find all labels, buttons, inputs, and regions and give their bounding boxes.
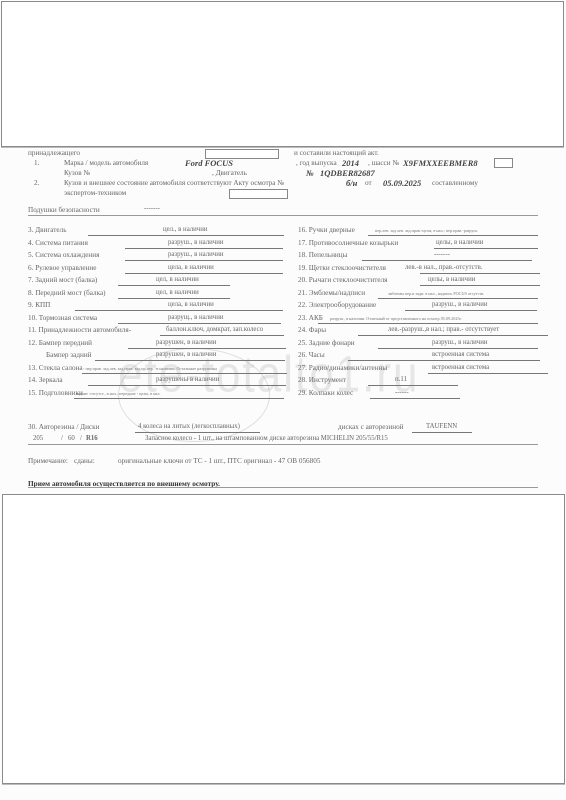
right_items-item-label: 27. Радио/динамики/антенны [298, 364, 387, 372]
right_items-item-underline [358, 335, 548, 336]
left_items-item-label: 6. Рулевое управление [28, 264, 96, 272]
right_items-item-underline [405, 310, 537, 311]
left_items-item-value: разрущ., в наличии [168, 314, 223, 321]
tire-size-sep2: / [80, 435, 82, 442]
left_items-item-value: - пер.прав. зад.лев. зад.прав. зад.пр.пе… [83, 366, 217, 371]
right_items-item-label: 26. Часы [298, 351, 325, 359]
left_items-item-value: разрушены в наличии [156, 376, 219, 383]
act-number-value: б/н [346, 178, 357, 188]
right_items-item-value: пер.лев. зад.лев. зад.прав.-целы, в нал.… [375, 228, 478, 233]
right_items-item-value: ------- [434, 251, 450, 258]
expert-label: экспертом-техником [64, 189, 126, 197]
right_items-item-underline [318, 323, 538, 324]
right_items-item-value: целы, в наличии [436, 239, 483, 246]
engine-no-label: № [306, 168, 314, 178]
right_items-item-label: 22. Электрооборудование [298, 301, 376, 309]
left_items-item-label: 15. Подголовники [28, 389, 83, 397]
right_items-item-underline [428, 373, 548, 374]
left_items-item-underline [88, 235, 284, 236]
left_items-item-value: разрушен, в наличии [156, 351, 216, 358]
right_items-item-value: эмблемы пер.и задн. в нал., надпись FOCU… [388, 291, 484, 296]
left_items-item-label: 3. Двигатель [28, 226, 66, 234]
watermark-text: ete-totalto1.ru [118, 347, 448, 428]
right_items-item-value: разруш., в наличии. Отличный от представ… [330, 316, 462, 321]
act-text: и составили настоящий акт. [294, 149, 379, 157]
right_items-item-label: 20. Рычаги стеклоочистителя [298, 276, 387, 284]
left_items-item-underline [125, 260, 283, 261]
tires-underline [28, 444, 538, 445]
left_items-item-value: разруш., в наличии [168, 239, 223, 246]
item-1-number: 1. [34, 159, 39, 167]
left_items-item-value: разруш., в наличии [168, 251, 223, 258]
discs-label: дисках с авторезиной [338, 423, 404, 431]
left_items-item-label: 4. Система питания [28, 239, 88, 247]
wheels-value: 4 колеса на литых (легкосплавных) [138, 423, 240, 430]
compiled-label: составленному [432, 179, 478, 187]
right_items-item-label: 18. Пепельницы [298, 251, 347, 259]
left_items-item-value: цел., в наличии [163, 226, 208, 233]
wheels-underline [135, 432, 260, 433]
item-2-text: Кузов и внешнее состояние автомобиля соо… [64, 179, 284, 187]
engine-label: , Двигатель [212, 169, 247, 177]
right_items-item-label: 17. Противосолнечные козырьки [298, 239, 398, 247]
make-model-value: Ford FOCUS [185, 158, 233, 168]
note-given-label: сданы: [74, 457, 95, 465]
right_items-item-value: ------ [395, 389, 409, 396]
left_items-item-value: цел, в наличии [156, 276, 199, 283]
right_items-item-underline [368, 385, 458, 386]
note-label: Примечание: [28, 457, 68, 465]
right_items-item-underline [378, 298, 538, 299]
right_items-item-value: разруш., в наличии [432, 301, 487, 308]
right_items-item-underline [370, 398, 460, 399]
right_items-item-value: целы, в наличии [428, 276, 475, 283]
left_items-item-underline [125, 273, 283, 274]
right_items-item-value: п.11 [395, 376, 407, 383]
left_items-item-label: 8. Передний мост (балка) [28, 289, 106, 297]
left_items-item-label: 5. Система охлаждения [28, 251, 99, 259]
year-value: 2014 [342, 158, 359, 168]
right_items-item-label: 25. Задние фонари [298, 339, 355, 347]
header-separator [28, 215, 538, 216]
footer-separator [28, 487, 538, 488]
left_items-item-underline [74, 398, 284, 399]
act-date-value: 05.09.2025 [383, 178, 421, 188]
left_items-item-underline [88, 385, 286, 386]
year-label: , год выпуска [296, 159, 337, 167]
right_items-item-underline [348, 360, 540, 361]
left_items-item-value: разрушен, в наличии [156, 339, 216, 346]
right_items-item-label: 21. Эмблемы/надписи [298, 289, 365, 297]
right_items-item-value: встроенная система [432, 364, 489, 371]
right_items-item-underline [362, 260, 532, 261]
left_items-item-value: цела, в наличии [168, 264, 214, 271]
item-1-label: Марка / модель автомобиля [64, 159, 148, 167]
airbags-label: Подушки безопасности [28, 206, 100, 214]
left_items-item-value: баллон.ключ, домкрат, зап.колесо [166, 326, 263, 333]
right_items-item-underline [420, 273, 540, 274]
left_items-item-label: 9. КПП [28, 301, 50, 309]
tire-size-height: 60 [68, 435, 75, 442]
airbags-value: ------- [144, 205, 160, 212]
left_items-item-underline [128, 348, 286, 349]
tire-size-width: 205 [33, 435, 43, 442]
engine-no-value: 1QDBER82687 [320, 168, 375, 178]
tire-brand-value: TAUFENN [426, 423, 457, 430]
right_items-item-value: лев.-в нал., прав.-отсутств. [405, 264, 483, 271]
left_items-item-label: 11. Принадлежности автомобиля- [28, 326, 131, 334]
tire-size-sep1: / [61, 435, 63, 442]
left_items-item-label: Бампер задний [46, 351, 92, 359]
left_items-item-value: задние -отсутст., в нал.; передние - цел… [76, 391, 161, 396]
from-label: от [365, 179, 372, 187]
left_items-item-label: 10. Тормозная система [28, 314, 97, 322]
right_items-item-underline [378, 348, 538, 349]
spare-wheel-text: Запасное колесо - 1 шт., на штампованном… [145, 435, 388, 442]
left_items-item-underline [118, 298, 230, 299]
right_items-item-label: 19. Щетки стеклоочистителя [298, 264, 386, 272]
tire-brand-underline [412, 432, 472, 433]
left_items-item-label: 7. Задний мост (балка) [28, 276, 97, 284]
chassis-redacted-field [494, 158, 513, 168]
chassis-value: X9FMXXEEBMER8 [403, 158, 478, 168]
chassis-label: , шасси № [368, 159, 399, 167]
tire-size-rim: R16 [86, 435, 98, 442]
right_items-item-value: встроенная система [432, 351, 489, 358]
left_items-item-underline [118, 323, 281, 324]
left_items-item-underline [118, 285, 230, 286]
left_items-item-label: 14. Зеркала [28, 376, 63, 384]
left_items-item-underline [125, 248, 283, 249]
left_items-item-underline [75, 310, 283, 311]
right_items-item-underline [434, 248, 538, 249]
body-label: Кузов № [64, 169, 90, 177]
redacted-region-bottom [2, 494, 565, 784]
left_items-item-label: 12. Бампер передний [28, 339, 92, 347]
right_items-item-label: 28. Инструмент [298, 376, 346, 384]
belonging-label: принадлежащего [28, 149, 80, 157]
note-text: оригинальные ключи от ТС - 1 шт., ПТС ор… [118, 457, 320, 465]
right_items-item-label: 23. АКБ [298, 314, 323, 322]
right_items-item-label: 24. Фары [298, 326, 326, 334]
right_items-item-value: разруш., в наличии [432, 339, 487, 346]
right_items-item-underline [368, 235, 538, 236]
left_items-item-value: цела, в наличии [168, 301, 214, 308]
left_items-item-label: 13. Стекла салона [28, 364, 83, 372]
left_items-item-underline [160, 335, 284, 336]
left_items-item-value: цел, в наличии [156, 289, 199, 296]
expert-redacted-field [229, 189, 288, 199]
tires-label: 30. Автореэина / Диски [28, 423, 99, 431]
left_items-item-underline [82, 373, 287, 374]
redacted-region-top [1, 1, 564, 147]
right_items-item-label: 29. Колпаки колес [298, 389, 353, 397]
right_items-item-value: лев.-разруш.,в нал.; прав.- отсутствует [388, 326, 499, 333]
right_items-item-label: 16. Ручки дверные [298, 226, 355, 234]
item-2-number: 2. [34, 179, 39, 187]
right_items-item-underline [420, 285, 540, 286]
left_items-item-underline [95, 360, 285, 361]
